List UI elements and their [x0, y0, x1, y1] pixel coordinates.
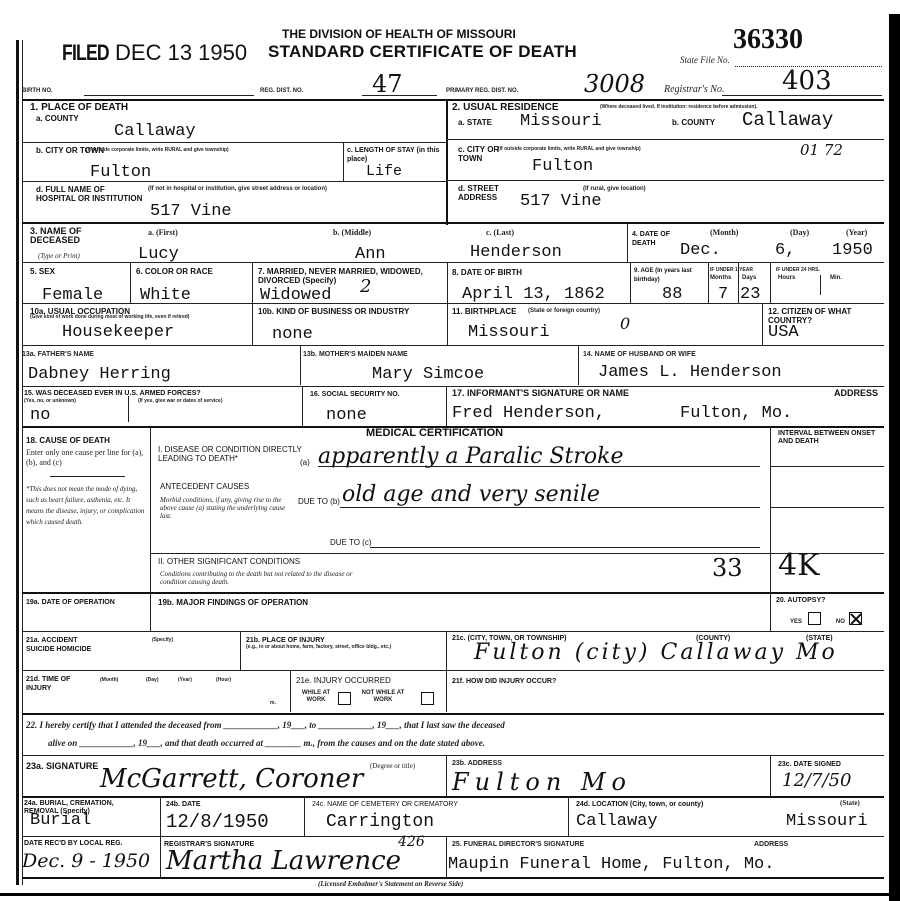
divider-hours-min — [820, 275, 821, 295]
not-while-at-work-checkbox[interactable] — [421, 692, 434, 705]
age-years-value: 88 — [662, 286, 682, 304]
informant-address-value: Fulton, Mo. — [680, 405, 792, 423]
location-value: Callaway — [576, 813, 658, 831]
autopsy-yes-label: YES — [790, 619, 802, 625]
rule-25 — [22, 877, 884, 879]
divider-24a-24b — [160, 797, 161, 836]
residence-city-code: 01 72 — [800, 141, 843, 159]
injury-time-day: (Day) — [146, 677, 159, 684]
date-signed-label: 23c. DATE SIGNED — [778, 760, 841, 769]
rule-21a — [22, 670, 884, 671]
cause-footnote: *This does not mean the mode of dying, s… — [26, 484, 146, 528]
injury-location-hand: Fulton (city) Callaway Mo — [474, 640, 838, 665]
days-label: Days — [742, 275, 756, 282]
header-rule — [22, 99, 884, 101]
death-date-label: 4. DATE OF DEATH — [632, 230, 670, 248]
business-label: 10b. KIND OF BUSINESS OR INDUSTRY — [258, 307, 443, 316]
death-county-value: Callaway — [114, 123, 196, 141]
other-code: 33 — [712, 554, 743, 582]
race-label: 6. COLOR OR RACE — [136, 267, 213, 276]
citizen-value: USA — [768, 324, 799, 342]
divider-21a-21b — [240, 632, 241, 670]
divider-15-16 — [302, 386, 303, 426]
ssn-label: 16. SOCIAL SECURITY NO. — [310, 390, 445, 399]
injury-type-label: 21a. ACCIDENT SUICIDE HOMICIDE — [26, 636, 106, 654]
rule-2a — [446, 139, 884, 140]
injury-time-hour: (Hour) — [216, 677, 231, 684]
while-at-work-checkbox[interactable] — [338, 692, 351, 705]
divider-days-hours — [770, 263, 771, 303]
funeral-address-label: ADDRESS — [754, 841, 788, 848]
left-margin-border-inner — [22, 40, 23, 885]
not-while-at-work-label: NOT WHILE AT WORK — [358, 690, 408, 704]
under-year-label: IF UNDER 1 YEAR — [710, 267, 753, 274]
line-a-rule — [318, 466, 760, 467]
armed-forces-note-b: (If yes, give war or dates of service) — [138, 398, 222, 405]
occupation-value: Housekeeper — [62, 324, 174, 342]
rule-19 — [22, 631, 884, 632]
mother-label: 13b. MOTHER'S MAIDEN NAME — [303, 351, 408, 358]
reg-dist-line — [362, 95, 437, 96]
hospital-note: (If not in hospital or institution, give… — [148, 186, 448, 193]
divider-15-note — [128, 396, 129, 422]
page-title: STANDARD CERTIFICATE OF DEATH — [268, 42, 577, 62]
injury-time-m: m. — [270, 700, 276, 707]
rule-1d — [22, 222, 884, 224]
right-edge-border — [889, 14, 900, 901]
rule-18 — [22, 592, 884, 594]
marital-code: 2 — [360, 276, 371, 297]
signature-value: McGarrett, Coroner — [100, 764, 363, 794]
line-a-label: (a) — [300, 458, 310, 467]
rule-1b — [22, 181, 446, 182]
death-county-label: a. COUNTY — [36, 114, 79, 123]
primary-reg-dist-label: PRIMARY REG. DIST. NO. — [446, 88, 518, 95]
degree-label: (Degree or title) — [370, 763, 415, 770]
filed-stamp: FILED DEC 13 1950 — [62, 40, 247, 66]
interval-label: INTERVAL BETWEEN ONSET AND DEATH — [778, 430, 878, 446]
rule-10 — [22, 345, 884, 346]
residence-street-label: d. STREET ADDRESS — [458, 184, 508, 202]
while-at-work-label: WHILE AT WORK — [296, 690, 336, 704]
residence-city-note: (If outside corporate limits, write RURA… — [498, 146, 758, 153]
middle-name-label: b. (Middle) — [333, 229, 371, 236]
residence-state-value: Missouri — [520, 113, 602, 131]
autopsy-no-label: NO — [836, 619, 845, 625]
certify-line-2: alive on ____________, 19___, and that d… — [48, 739, 485, 747]
autopsy-options: YES NO — [790, 610, 862, 628]
cause-label: 18. CAUSE OF DEATH — [26, 436, 110, 445]
death-day-label: (Day) — [790, 229, 809, 236]
armed-forces-value: no — [30, 407, 50, 425]
place-of-death-heading: 1. PLACE OF DEATH — [30, 103, 128, 112]
divider-7-8 — [447, 263, 448, 303]
bottom-rule — [0, 893, 890, 896]
birth-date-label: 8. DATE OF BIRTH — [452, 268, 522, 277]
op-findings-label: 19b. MAJOR FINDINGS OF OPERATION — [158, 598, 308, 607]
autopsy-no-checkbox[interactable] — [849, 612, 862, 625]
hospital-value: 517 Vine — [150, 203, 232, 221]
death-month-label: (Month) — [710, 229, 738, 236]
stay-value: Life — [366, 163, 402, 181]
rule-22 — [22, 755, 884, 756]
marital-label: 7. MARRIED, NEVER MARRIED, WIDOWED, DIVO… — [258, 267, 438, 285]
injury-type-specify: (Specify) — [152, 637, 173, 644]
rule-1a — [22, 142, 446, 143]
divider-4 — [627, 224, 628, 262]
state-file-number: 36330 — [733, 24, 803, 56]
antecedent-label: ANTECEDENT CAUSES — [160, 482, 249, 491]
antecedent-note: Morbid conditions, if any, giving rise t… — [160, 496, 290, 520]
address-label: 23b. ADDRESS — [452, 760, 502, 767]
reg-dist-label: REG. DIST. NO. — [260, 88, 303, 95]
line-b-rule — [340, 507, 760, 508]
informant-address-label: ADDRESS — [834, 389, 878, 398]
injury-time-month: (Month) — [100, 677, 118, 684]
divider-21d-21e — [290, 671, 291, 712]
deceased-name-label: 3. NAME OF DECEASED — [30, 227, 120, 245]
residence-heading: 2. USUAL RESIDENCE — [452, 103, 559, 112]
funeral-label: 25. FUNERAL DIRECTOR'S SIGNATURE — [452, 841, 584, 848]
registrar-no-value: 403 — [782, 66, 832, 96]
birth-no-label: BIRTH NO. — [22, 88, 53, 95]
address-value: Fulton Mo — [452, 768, 632, 796]
burial-date-value: 12/8/1950 — [166, 813, 269, 831]
armed-forces-note-a: (Yes, no, or unknown) — [24, 398, 76, 405]
state-file-label: State File No. — [680, 56, 730, 64]
informant-label: 17. INFORMANT'S SIGNATURE OR NAME — [452, 389, 629, 398]
divider-1c — [343, 143, 344, 181]
injury-time-year: (Year) — [178, 677, 192, 684]
footer-note: (Licensed Embalmer's Statement on Revers… — [318, 880, 463, 888]
disposition-value: Burial — [30, 812, 91, 830]
spouse-value: James L. Henderson — [598, 364, 782, 382]
birthplace-note: (State or foreign country) — [528, 308, 600, 315]
op-date-label: 19a. DATE OF OPERATION — [26, 598, 141, 607]
interval-rule-b — [770, 507, 884, 508]
deceased-name-note: (Type or Print) — [38, 252, 80, 260]
father-value: Dabney Herring — [28, 366, 171, 384]
ssn-value: none — [326, 407, 367, 425]
divider-19b-20 — [770, 593, 771, 631]
divider-1-2 — [446, 100, 448, 225]
residence-city-value: Fulton — [532, 158, 593, 176]
age-label: 9. AGE (In years last birthday) — [634, 267, 704, 285]
divider-5-6 — [130, 263, 131, 303]
age-days-value: 23 — [740, 286, 760, 304]
residence-city-label: c. CITY OR TOWN — [458, 145, 503, 163]
first-name-label: a. (First) — [148, 229, 178, 236]
injury-place-note: (e.g., in or about home, farm, factory, … — [246, 644, 446, 651]
business-value: none — [272, 326, 313, 344]
agency-name: THE DIVISION OF HEALTH OF MISSOURI — [282, 27, 516, 41]
left-margin-border — [16, 40, 19, 885]
under-day-label: IF UNDER 24 HRS. — [776, 267, 820, 274]
other-label: II. OTHER SIGNIFICANT CONDITIONS — [158, 557, 300, 566]
rule-other — [150, 553, 884, 554]
death-year-label: (Year) — [846, 229, 867, 236]
age-months-value: 7 — [718, 286, 728, 304]
rule-2c — [446, 180, 884, 181]
rule-13 — [22, 386, 884, 387]
min-label: Min. — [830, 275, 842, 282]
divider-23b-23c — [770, 756, 771, 796]
line-c-rule — [370, 547, 760, 548]
divider-months-days — [738, 263, 739, 303]
divider-21b-21c — [446, 632, 447, 712]
birth-no-line — [84, 95, 254, 96]
divider-received-registrar — [160, 837, 161, 877]
disease-label: I. DISEASE OR CONDITION DIRECTLY LEADING… — [158, 445, 308, 463]
divider-10-11 — [447, 303, 448, 345]
registrar-signature-value: Martha Lawrence — [166, 846, 401, 876]
last-name-value: Henderson — [470, 244, 562, 262]
residence-street-value: 517 Vine — [520, 193, 602, 211]
months-label: Months — [710, 275, 731, 282]
hospital-label: d. FULL NAME OF HOSPITAL OR INSTITUTION — [36, 185, 146, 203]
medical-heading: MEDICAL CERTIFICATION — [366, 429, 503, 438]
rule-3 — [22, 262, 884, 263]
certify-line-1: 22. I hereby certify that I attended the… — [26, 721, 505, 729]
location-label: 24d. LOCATION (City, town, or county) — [576, 800, 703, 809]
divider-23a-23b — [446, 756, 447, 796]
birthplace-label: 11. BIRTHPLACE — [452, 307, 516, 316]
birthplace-value: Missouri — [468, 324, 550, 342]
funeral-value: Maupin Funeral Home, Fulton, Mo. — [448, 856, 774, 874]
other-note: Conditions contributing to the death but… — [160, 570, 380, 586]
death-city-value: Fulton — [90, 164, 151, 182]
divider-18 — [150, 427, 151, 592]
registrar-no-label: Registrar's No. — [664, 86, 724, 94]
divider-8-9 — [630, 263, 631, 303]
interval-rule-a — [770, 466, 884, 467]
registrar-no-line — [722, 95, 882, 96]
residence-county-value: Callaway — [742, 111, 833, 129]
death-city-note: (If outside corporate limits, write RURA… — [86, 147, 336, 154]
occupation-note: (Give kind of work done during most of w… — [30, 314, 250, 321]
cause-instr: Enter only one cause per line for (a), (… — [26, 448, 146, 468]
divider-13b-14 — [578, 345, 579, 385]
father-label: 13a. FATHER'S NAME — [22, 351, 94, 358]
sex-label: 5. SEX — [30, 267, 55, 276]
primary-reg-dist-value: 3008 — [584, 70, 645, 98]
residence-county-label: b. COUNTY — [672, 118, 715, 127]
autopsy-yes-checkbox[interactable] — [808, 612, 821, 625]
cause-divider — [50, 476, 125, 477]
injury-how-label: 21f. HOW DID INJURY OCCUR? — [452, 677, 556, 686]
divider-16-17 — [446, 386, 447, 426]
cemetery-label: 24c. NAME OF CEMETERY OR CREMATORY — [312, 800, 458, 809]
reg-dist-value: 47 — [372, 70, 403, 98]
registrar-signature-code: 426 — [398, 834, 425, 850]
date-signed-value: 12/7/50 — [782, 770, 851, 791]
residence-state-label: a. STATE — [458, 118, 492, 127]
signature-label: 23a. SIGNATURE — [26, 762, 98, 771]
burial-date-label: 24b. DATE — [166, 800, 201, 809]
interval-code: 4K — [778, 548, 820, 583]
hours-label: Hours — [778, 275, 795, 282]
divider-6-7 — [252, 263, 253, 345]
received-label: DATE REC'D BY LOCAL REG. — [24, 840, 154, 848]
filed-label: FILED — [62, 40, 109, 66]
stay-label: c. LENGTH OF STAY (in this place) — [347, 146, 442, 164]
rule-5 — [22, 303, 884, 304]
divider-13a-13b — [300, 345, 301, 385]
rule-21d — [22, 713, 884, 715]
divider-24b-24c — [304, 797, 305, 836]
injury-occurred-label: 21e. INJURY OCCURRED — [296, 676, 391, 685]
injury-time-label: 21d. TIME OF INJURY — [26, 675, 76, 693]
divider-19a-19b — [150, 593, 151, 631]
location-state-label: (State) — [840, 800, 860, 807]
location-state-value: Missouri — [786, 813, 868, 831]
filed-date: DEC 13 1950 — [115, 40, 247, 65]
death-day-value: 6, — [775, 242, 795, 260]
birthplace-code: 0 — [620, 314, 630, 333]
spouse-label: 14. NAME OF HUSBAND OR WIFE — [583, 351, 696, 358]
armed-forces-label: 15. WAS DECEASED EVER IN U.S. ARMED FORC… — [24, 389, 201, 398]
birth-date-value: April 13, 1862 — [462, 286, 605, 304]
divider-9-months — [708, 263, 709, 303]
cemetery-value: Carrington — [326, 813, 434, 831]
death-year-value: 1950 — [832, 242, 873, 260]
divider-interval — [770, 427, 771, 592]
due-to-c-label: DUE TO (c) — [330, 538, 371, 547]
rule-23 — [22, 796, 884, 798]
last-name-label: c. (Last) — [486, 229, 514, 236]
mother-value: Mary Simcoe — [372, 366, 484, 384]
divider-registrar-funeral — [446, 837, 447, 877]
rule-24 — [22, 836, 884, 837]
informant-value: Fred Henderson, — [452, 405, 605, 423]
death-month-value: Dec. — [680, 242, 721, 260]
cause-line-b: old age and very senile — [342, 482, 600, 507]
divider-24c-24d — [568, 797, 569, 836]
autopsy-label: 20. AUTOPSY? — [776, 596, 825, 605]
due-to-b-label: DUE TO (b) — [298, 497, 340, 506]
received-value: Dec. 9 - 1950 — [22, 850, 150, 872]
divider-11-12 — [762, 303, 763, 345]
